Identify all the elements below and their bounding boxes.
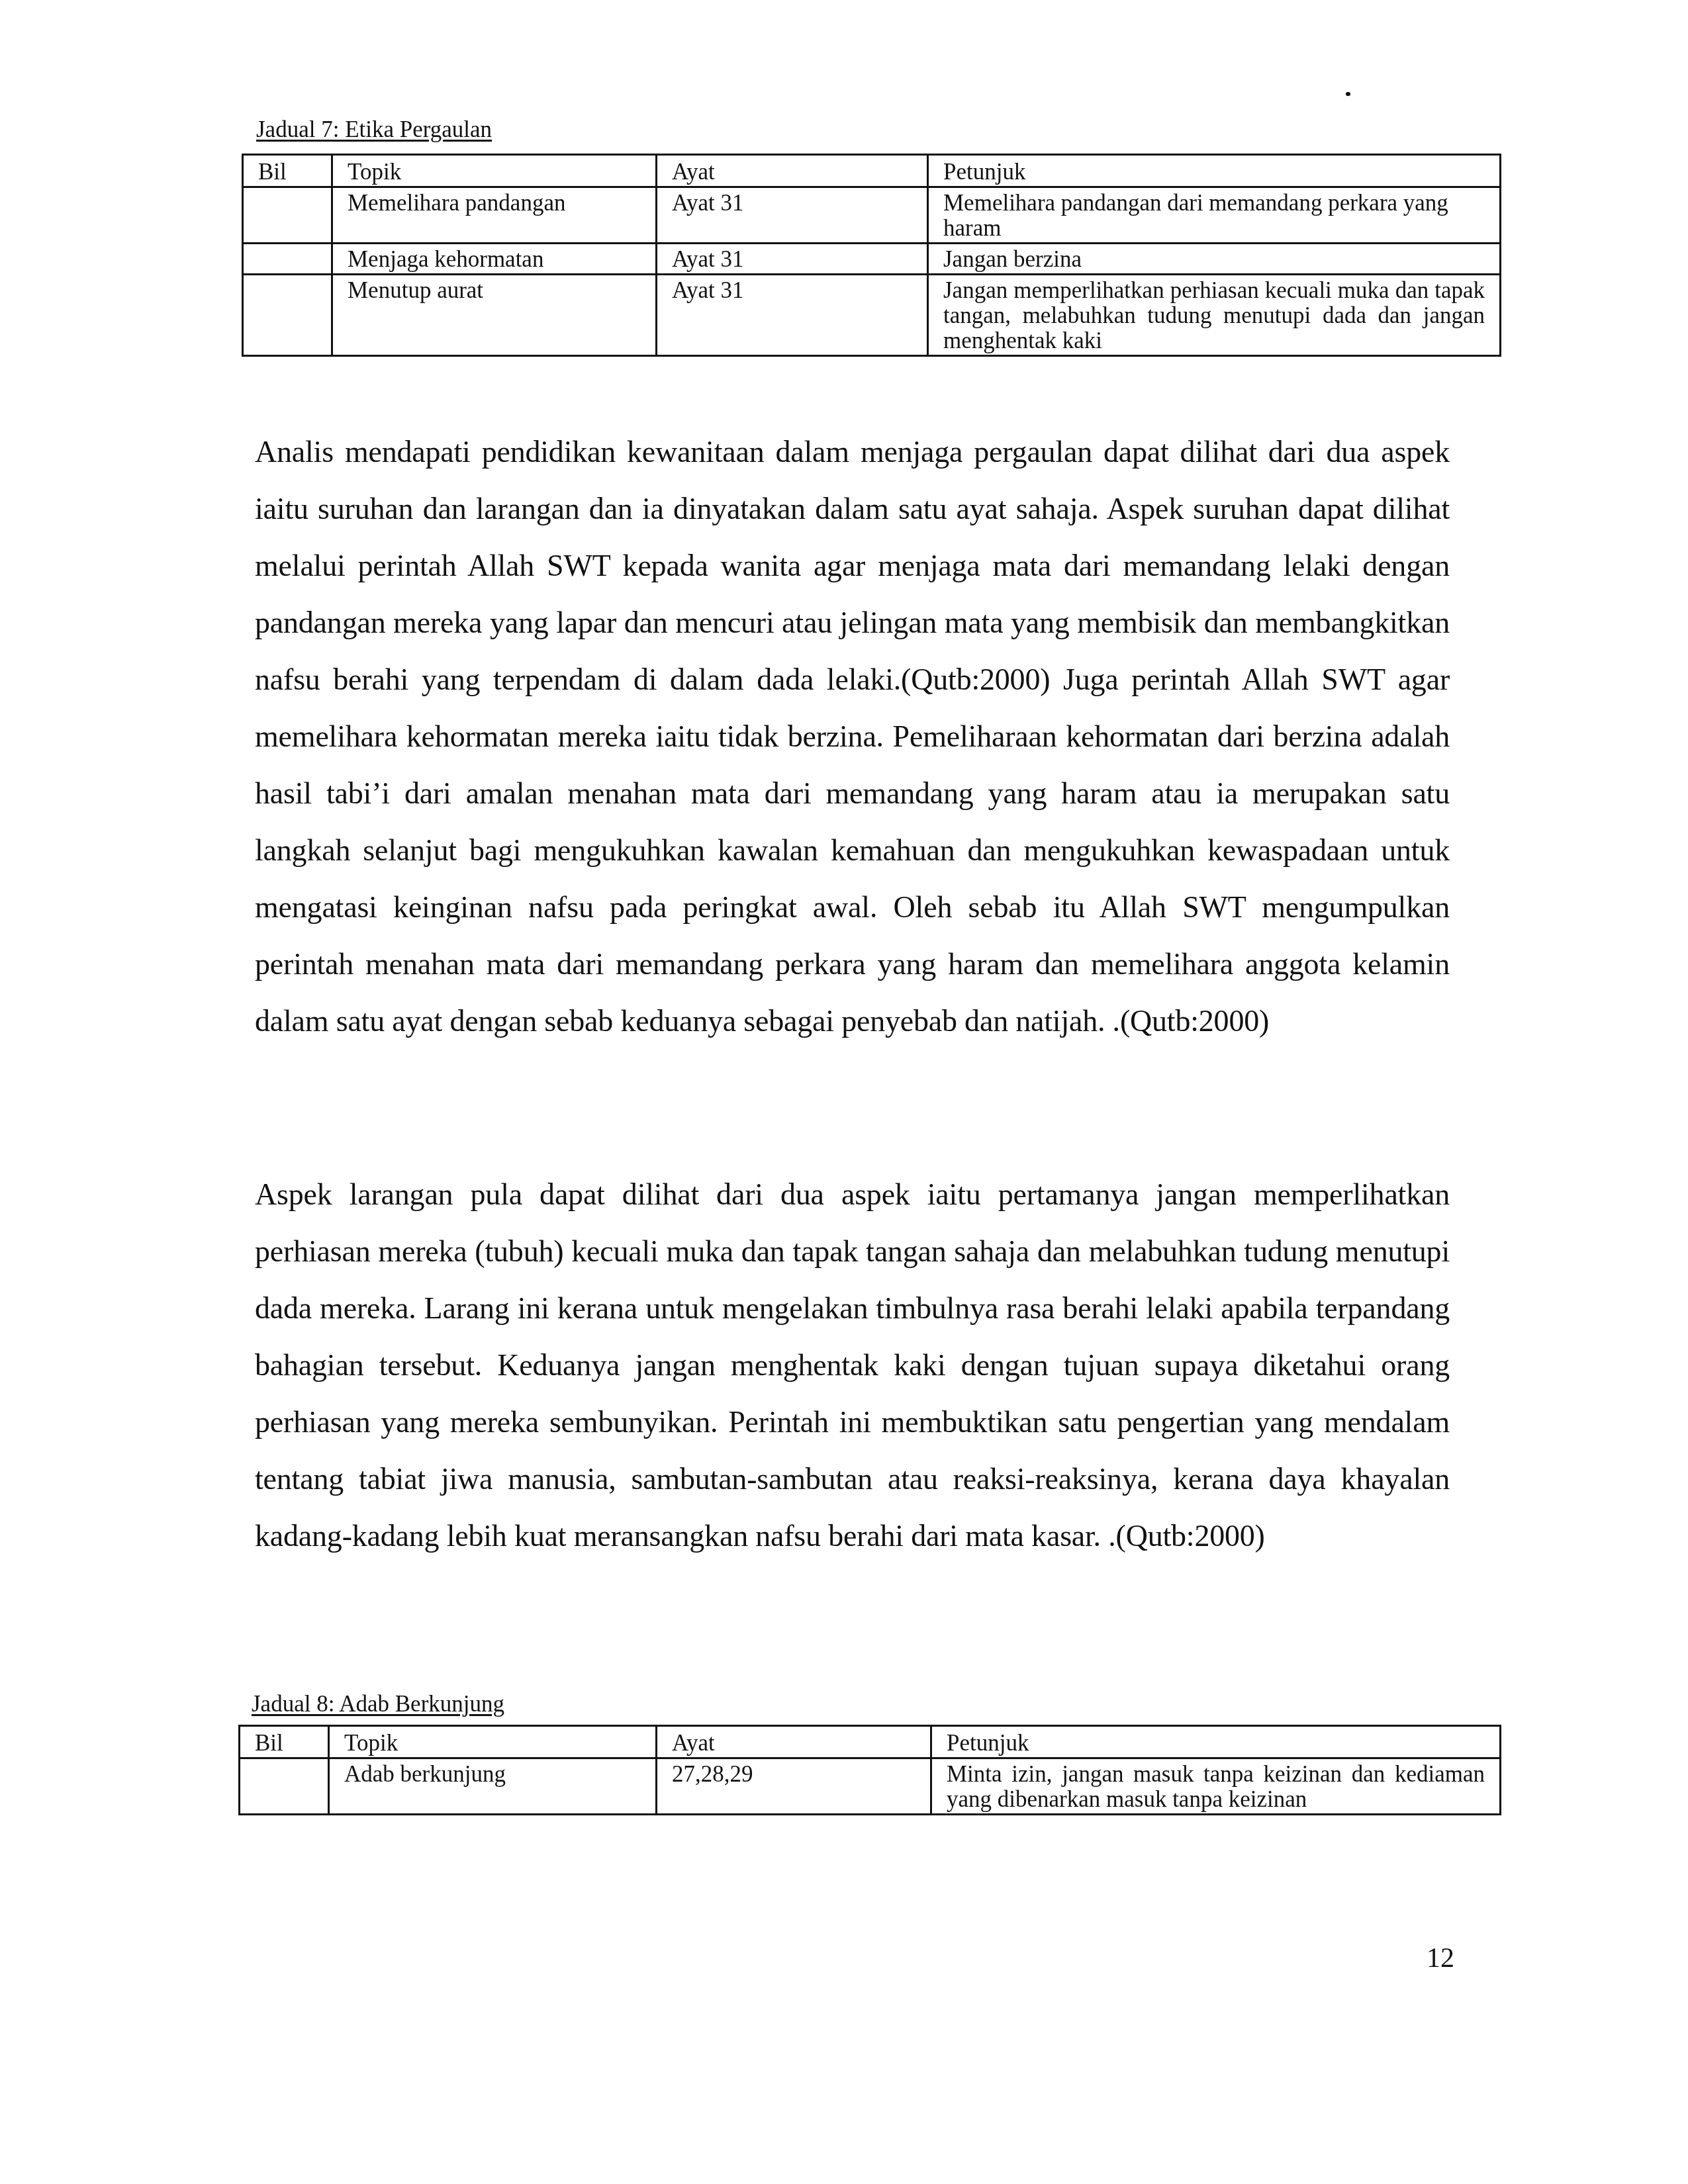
cell-petunjuk: Memelihara pandangan dari memandang perk… (928, 187, 1501, 244)
cell-petunjuk: Jangan memperlihatkan perhiasan kecuali … (928, 275, 1501, 356)
cell-bil (243, 275, 332, 356)
paragraph-suruhan: Analis mendapati pendidikan kewanitaan d… (255, 424, 1450, 1050)
table-row: Adab berkunjung 27,28,29 Minta izin, jan… (240, 1758, 1501, 1815)
cell-bil (243, 187, 332, 244)
header-bil: Bil (240, 1726, 329, 1758)
cell-bil (243, 244, 332, 275)
table8-header-row: Bil Topik Ayat Petunjuk (240, 1726, 1501, 1758)
table-row: Menutup aurat Ayat 31 Jangan memperlihat… (243, 275, 1501, 356)
cell-topik: Menjaga kehormatan (332, 244, 657, 275)
cell-bil (240, 1758, 329, 1815)
header-topik: Topik (329, 1726, 657, 1758)
header-ayat: Ayat (657, 155, 928, 187)
scan-speck (1346, 92, 1350, 96)
table-row: Memelihara pandangan Ayat 31 Memelihara … (243, 187, 1501, 244)
table8-caption: Jadual 8: Adab Berkunjung (252, 1691, 504, 1717)
cell-petunjuk: Jangan berzina (928, 244, 1501, 275)
table-row: Menjaga kehormatan Ayat 31 Jangan berzin… (243, 244, 1501, 275)
table8: Bil Topik Ayat Petunjuk Adab berkunjung … (238, 1725, 1501, 1815)
cell-ayat: Ayat 31 (657, 275, 928, 356)
cell-topik: Memelihara pandangan (332, 187, 657, 244)
header-ayat: Ayat (657, 1726, 931, 1758)
cell-ayat: Ayat 31 (657, 244, 928, 275)
page-number: 12 (1427, 1942, 1454, 1974)
table7-header-row: Bil Topik Ayat Petunjuk (243, 155, 1501, 187)
header-petunjuk: Petunjuk (931, 1726, 1501, 1758)
cell-petunjuk: Minta izin, jangan masuk tanpa keizinan … (931, 1758, 1501, 1815)
cell-ayat: 27,28,29 (657, 1758, 931, 1815)
header-bil: Bil (243, 155, 332, 187)
table7: Bil Topik Ayat Petunjuk Memelihara panda… (242, 154, 1501, 357)
header-topik: Topik (332, 155, 657, 187)
cell-topik: Adab berkunjung (329, 1758, 657, 1815)
header-petunjuk: Petunjuk (928, 155, 1501, 187)
cell-topik: Menutup aurat (332, 275, 657, 356)
paragraph-larangan: Aspek larangan pula dapat dilihat dari d… (255, 1166, 1450, 1565)
cell-ayat: Ayat 31 (657, 187, 928, 244)
table7-caption: Jadual 7: Etika Pergaulan (256, 116, 492, 143)
